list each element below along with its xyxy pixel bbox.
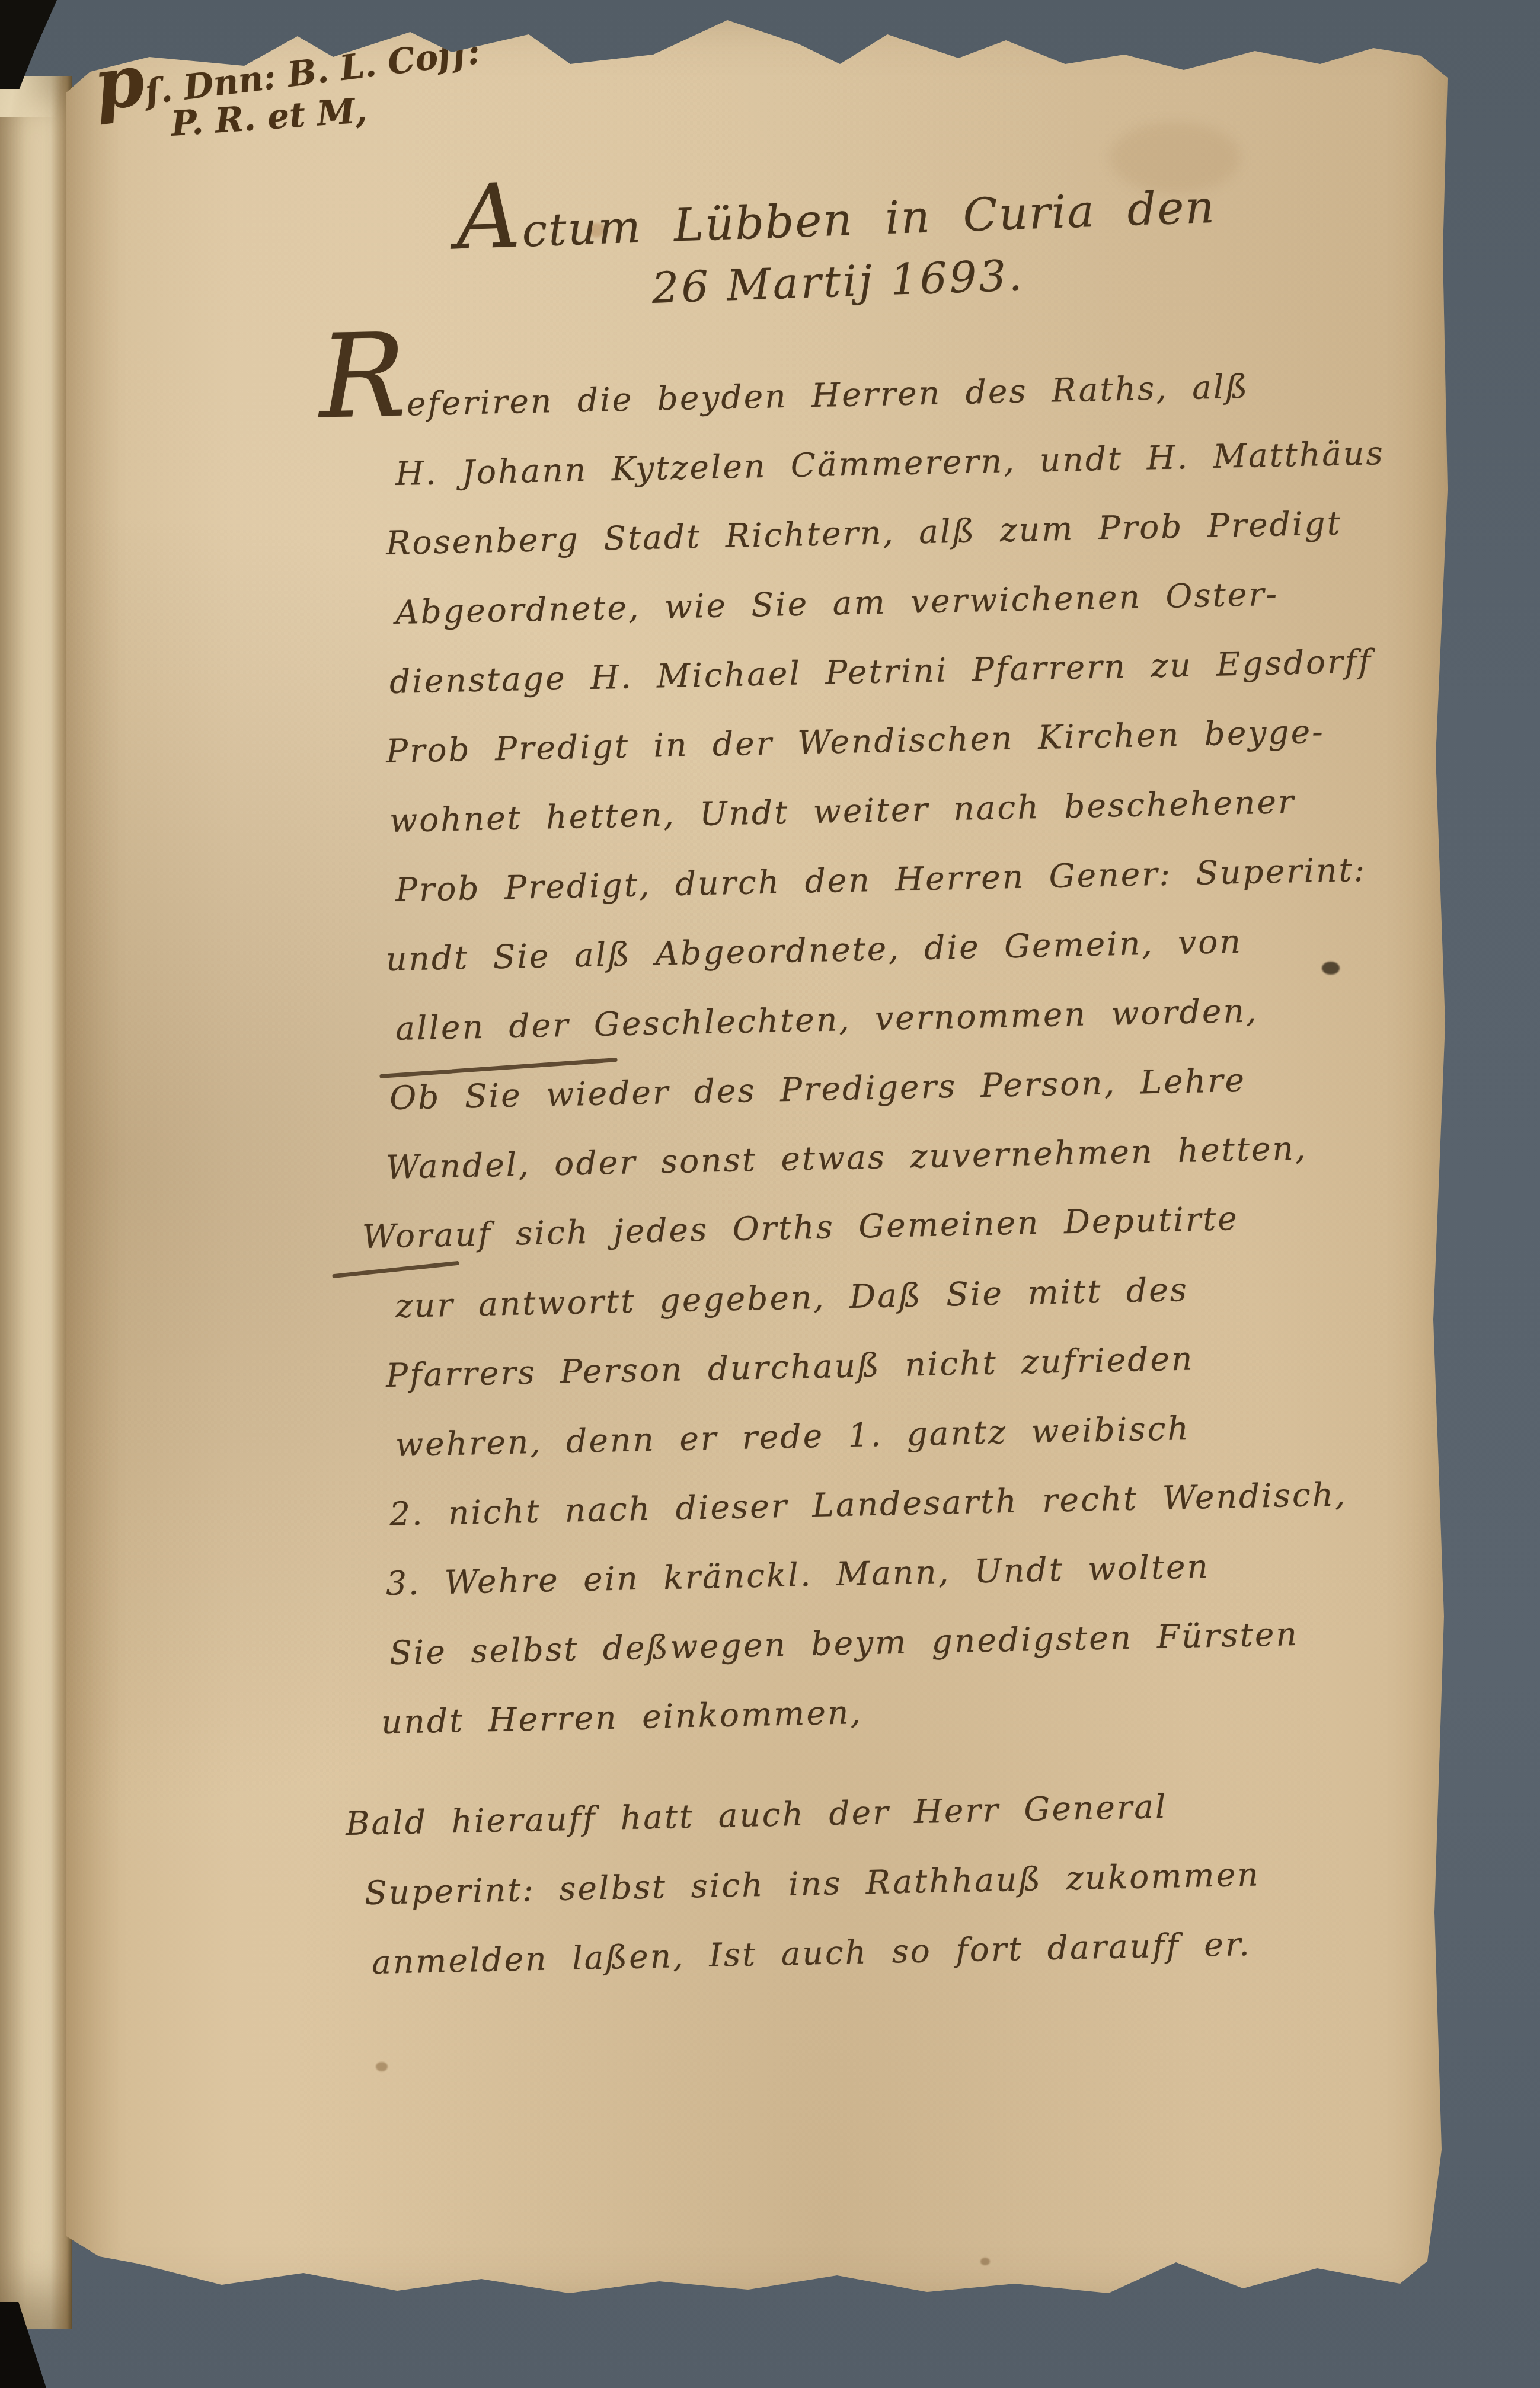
manuscript-body: Referiren die beyden Herren des Raths, a…: [389, 370, 1462, 1997]
previous-page-edge: [0, 76, 72, 2329]
foxing-spot: [376, 2062, 388, 2071]
archival-annotation: pſ. Dnn: B. L. Coſſ: P. R. et M,: [94, 31, 487, 161]
manuscript-page: pſ. Dnn: B. L. Coſſ: P. R. et M, Actum L…: [66, 15, 1448, 2307]
scan-backdrop: pſ. Dnn: B. L. Coſſ: P. R. et M, Actum L…: [0, 0, 1540, 2388]
foxing-spot: [980, 2258, 990, 2265]
page-heading: Actum Lübben in Curia den 26 Martij 1693…: [373, 177, 1301, 323]
